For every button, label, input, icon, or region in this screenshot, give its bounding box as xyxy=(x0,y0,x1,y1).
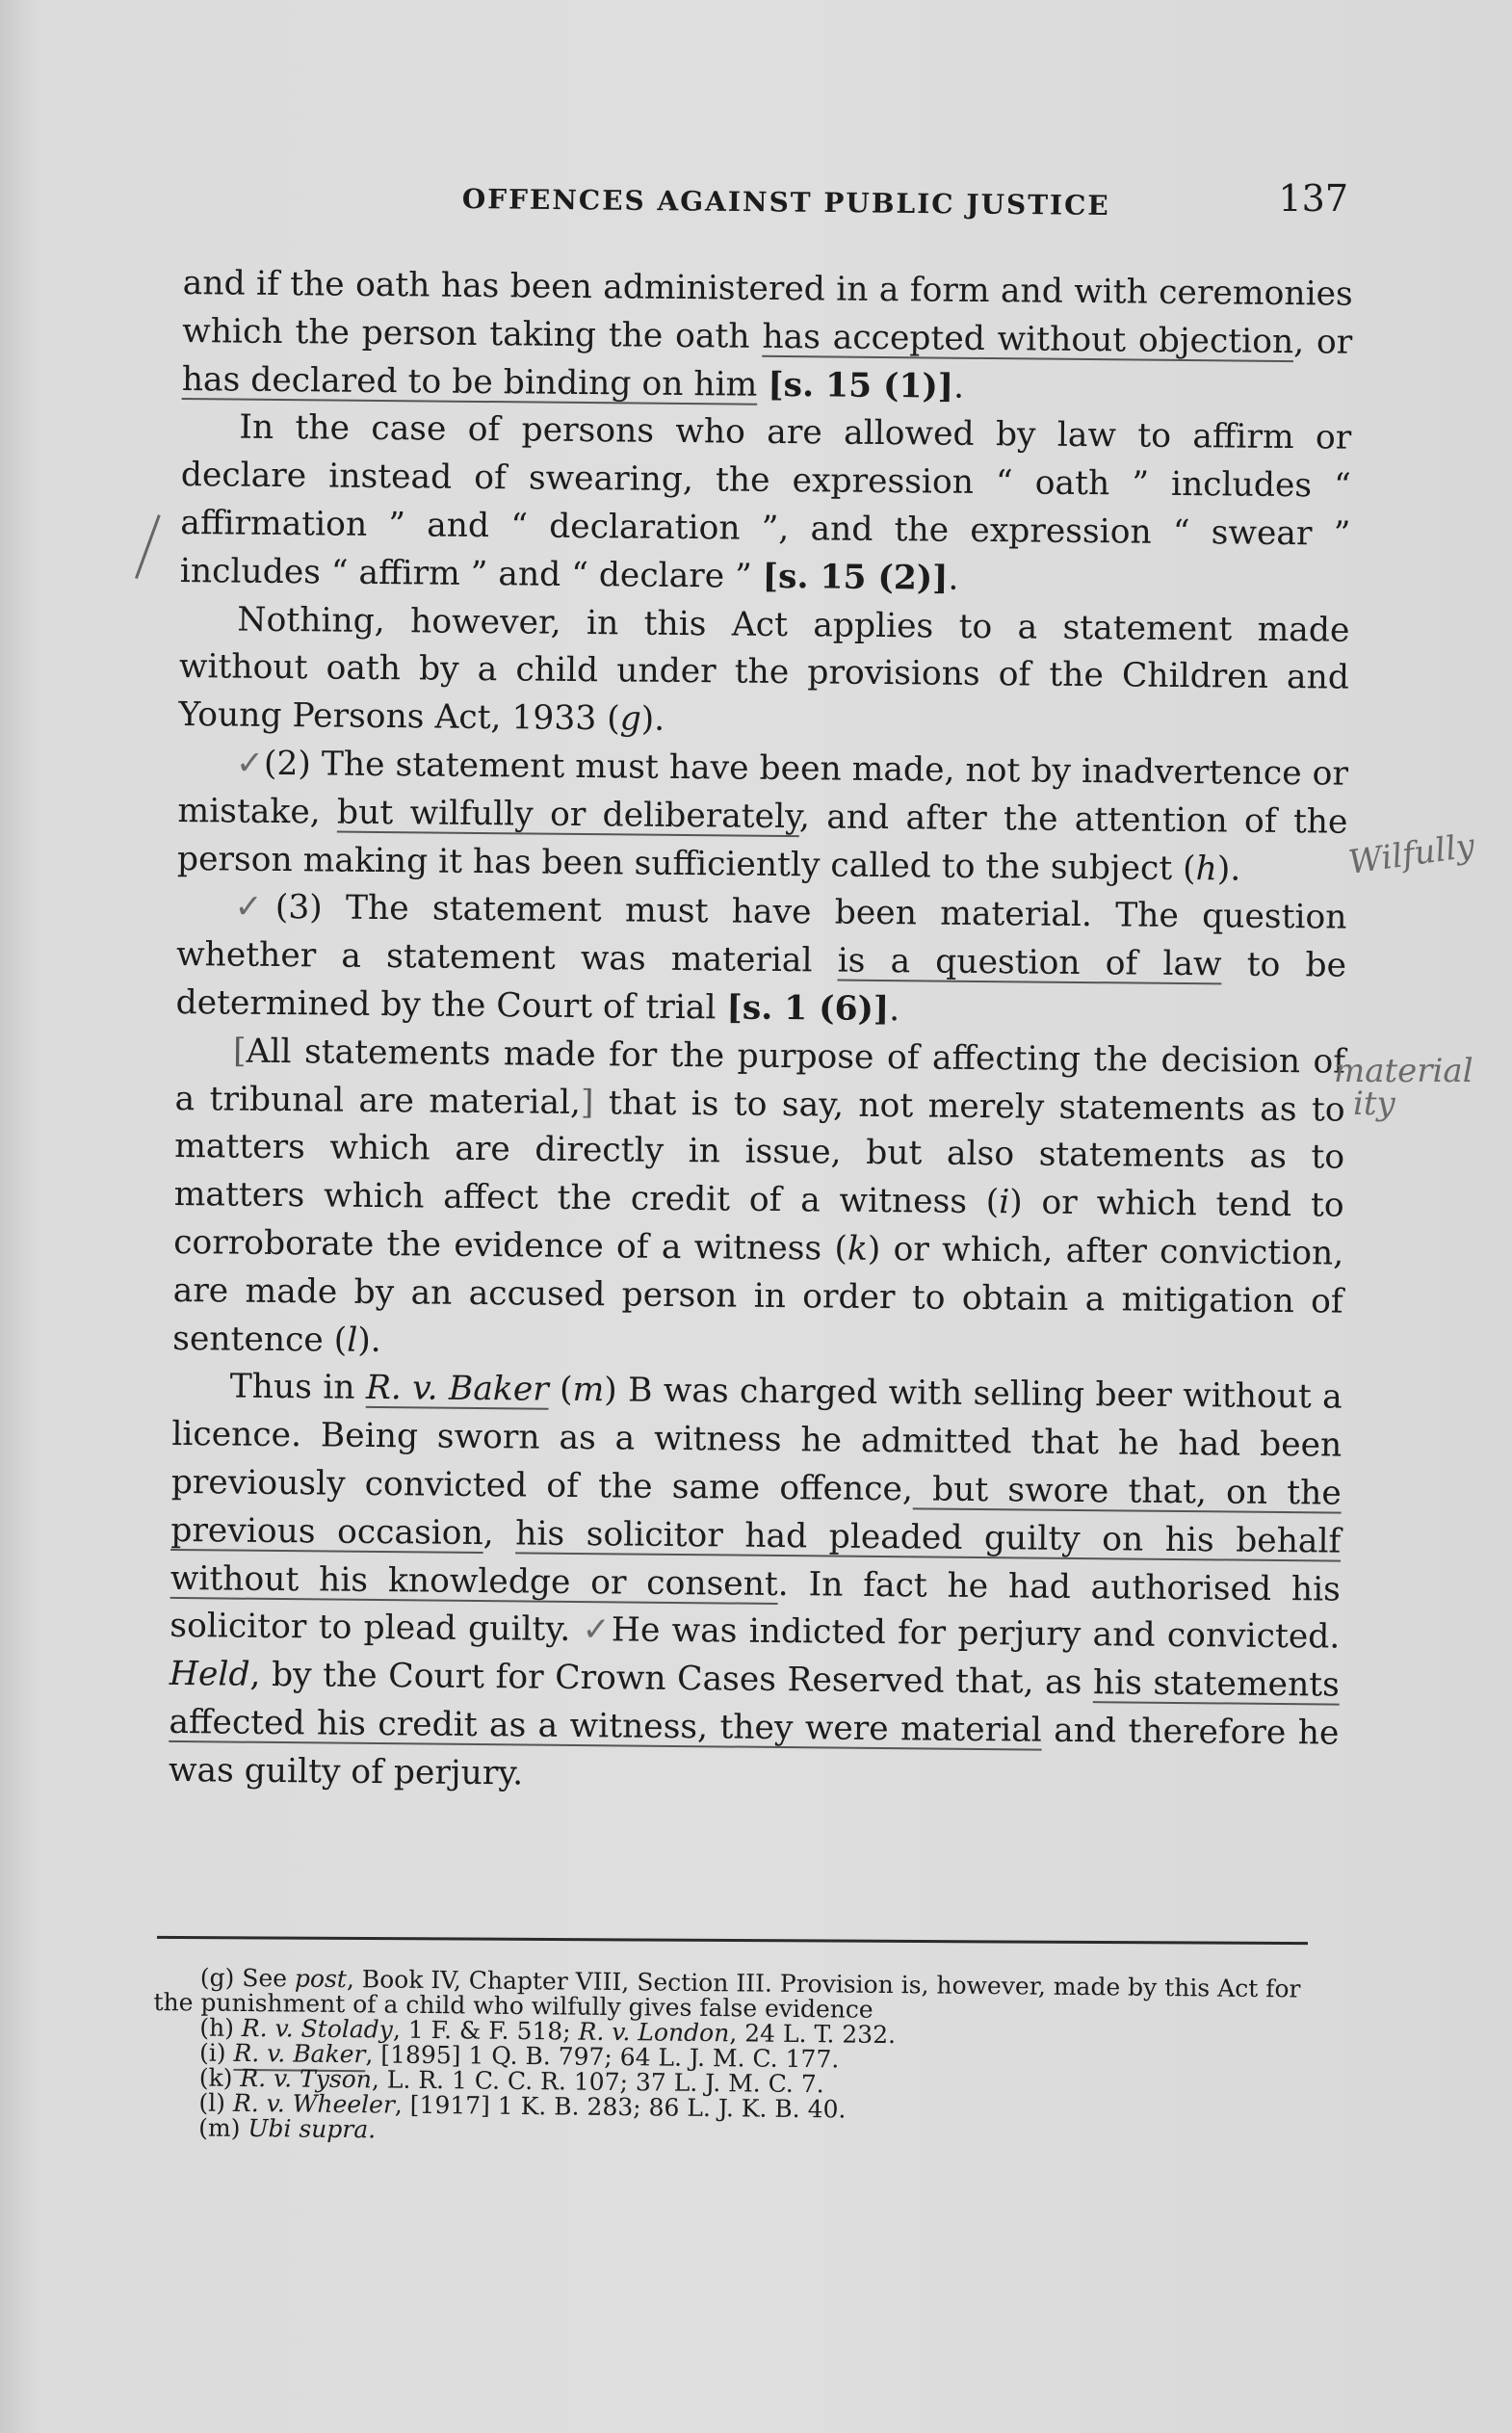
check-mark-icon: ✓ xyxy=(236,745,264,783)
paragraph-material: ✓(3) The statement must have been materi… xyxy=(175,883,1346,1038)
check-mark-icon: ✓ xyxy=(582,1610,612,1649)
book-page: OFFENCES AGAINST PUBLIC JUSTICE 137 and … xyxy=(0,0,1512,2433)
footnotes: (g) See post, Book IV, Chapter VIII, Sec… xyxy=(152,1965,1310,2153)
bracket-mark-open: [ xyxy=(233,1032,247,1070)
paragraph-baker-case: Thus in R. v. Baker (m) B was charged wi… xyxy=(169,1363,1343,1806)
underlined-phrase: has accepted without objection xyxy=(762,318,1293,361)
footnote-ref: i xyxy=(999,1183,1009,1221)
statute-reference: [s. 1 (6)] xyxy=(726,988,889,1029)
underlined-phrase: but wilfully or deliberately xyxy=(337,793,799,836)
bracket-mark-close: ] xyxy=(581,1084,594,1122)
footnote-ref: g xyxy=(620,700,641,739)
paragraph-child-statement: Nothing, however, in this Act applies to… xyxy=(178,596,1349,751)
footnote-ref: m xyxy=(572,1371,604,1409)
statute-reference: [s. 15 (2)] xyxy=(763,558,949,598)
page-number: 137 xyxy=(1278,177,1348,220)
footnote-ref: k xyxy=(847,1230,868,1269)
paragraph-affirmation: In the case of persons who are allowed b… xyxy=(180,404,1352,607)
handwritten-note-wilfully: Wilfully xyxy=(1346,829,1476,879)
footnote-divider xyxy=(157,1936,1308,1945)
paragraph-all-statements: [All statements made for the purpose of … xyxy=(172,1028,1345,1374)
page-header: OFFENCES AGAINST PUBLIC JUSTICE 137 xyxy=(144,183,1348,231)
body-text: and if the oath has been administered in… xyxy=(169,260,1353,1806)
check-mark-icon: ✓ xyxy=(234,888,275,927)
handwritten-note-materiality: material ity xyxy=(1334,1055,1473,1120)
paragraph-oath-binding: and if the oath has been administered in… xyxy=(182,260,1353,415)
underlined-phrase: is a question of law xyxy=(837,942,1221,984)
held-label: Held xyxy=(169,1655,250,1694)
footnote-ref: h xyxy=(1195,850,1217,888)
case-name: R. v. Baker xyxy=(366,1369,549,1409)
footnote-ref: l xyxy=(347,1321,357,1359)
statute-reference: [s. 15 (1)] xyxy=(768,365,953,405)
paragraph-wilfully: ✓(2) The statement must have been made, … xyxy=(177,740,1348,895)
running-title: OFFENCES AGAINST PUBLIC JUSTICE xyxy=(462,183,1110,222)
underlined-phrase: has declared to be binding on him xyxy=(182,360,758,405)
